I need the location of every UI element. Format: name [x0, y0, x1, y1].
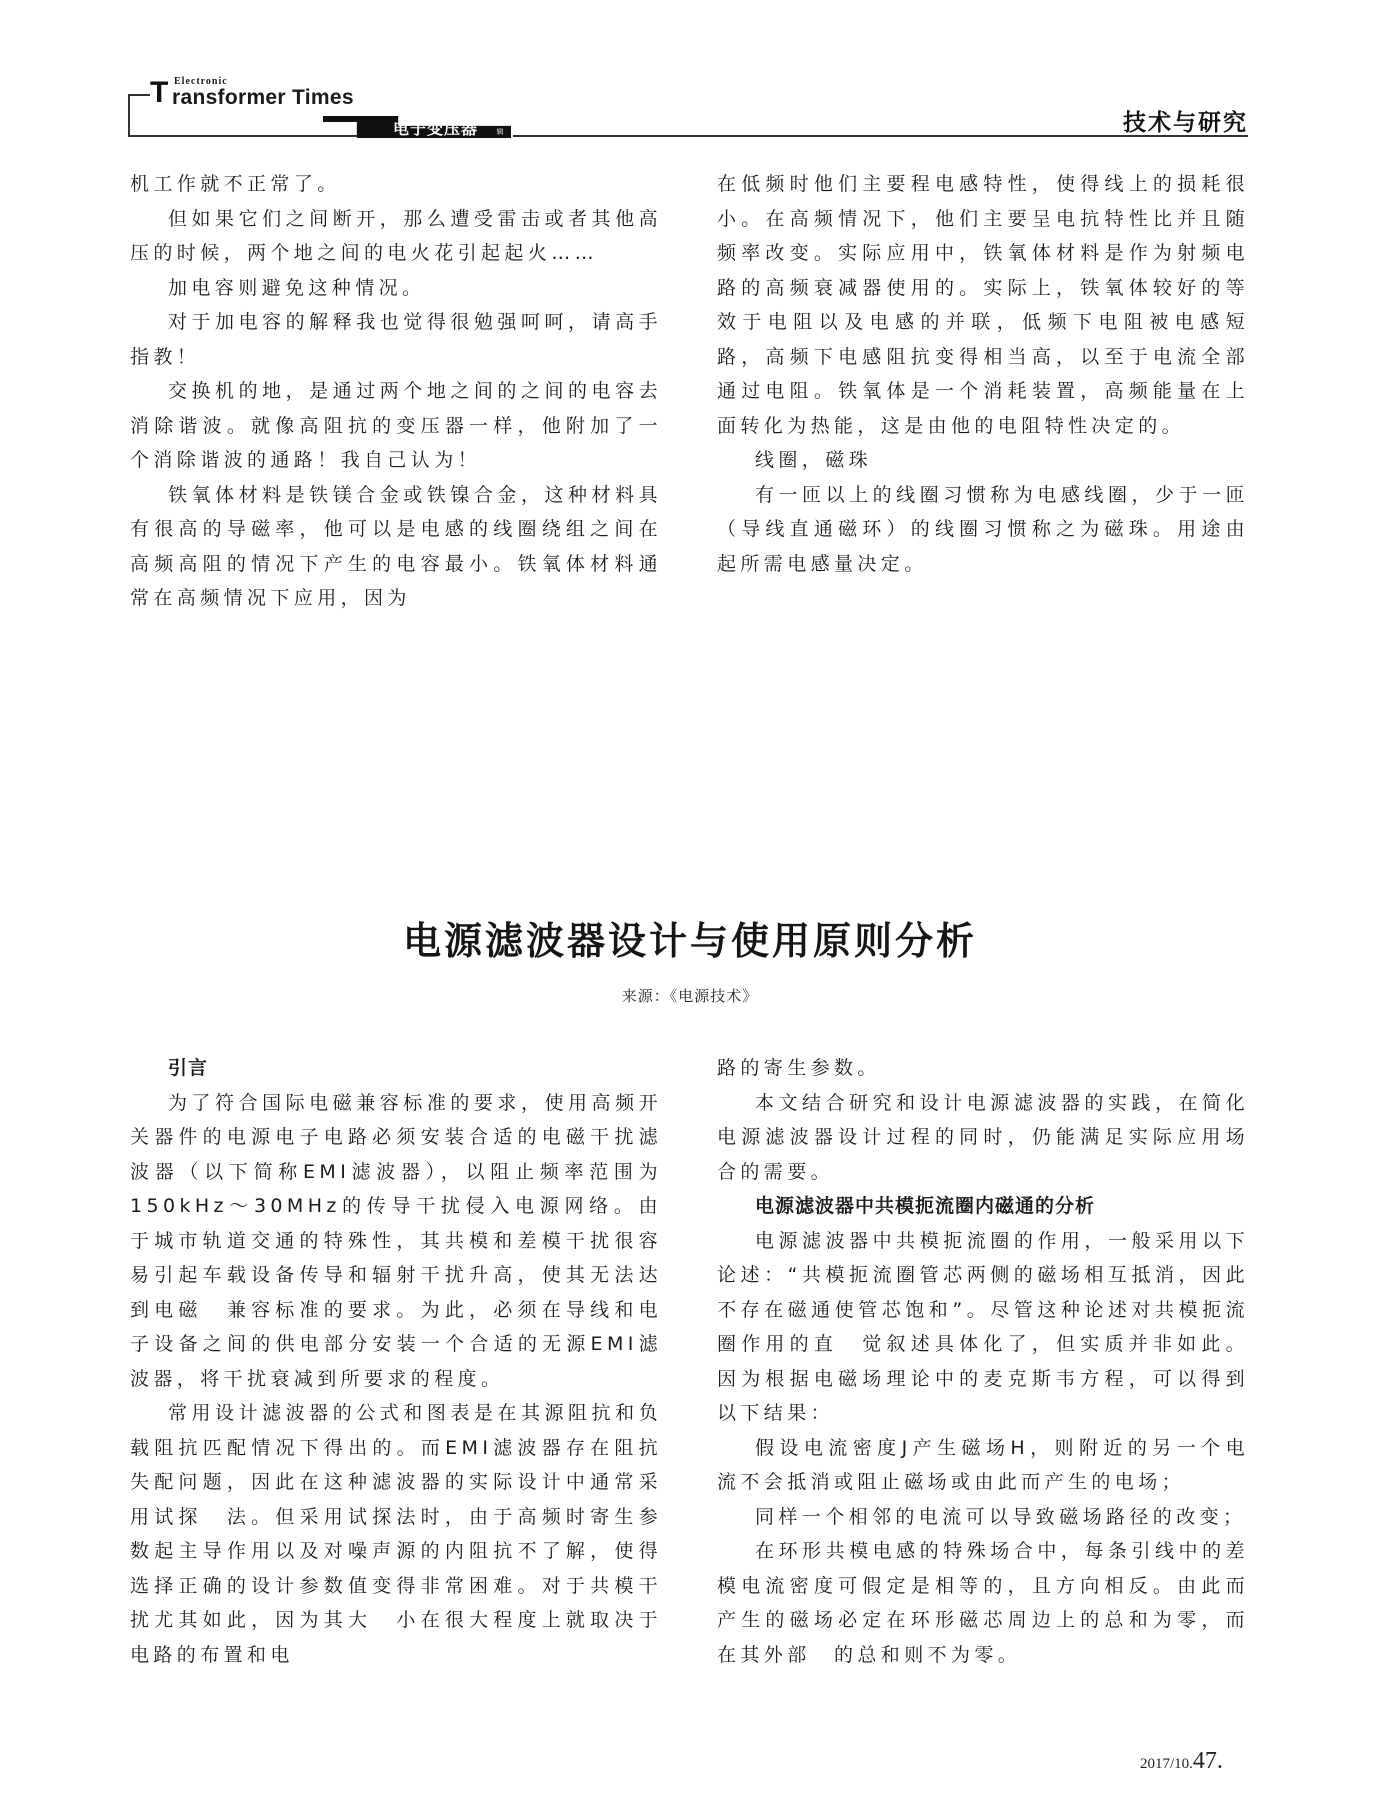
magazine-badge: 专辑: [496, 119, 504, 137]
paragraph: 对于加电容的解释我也觉得很勉强呵呵，请高手指教！: [130, 305, 662, 374]
subheading: 线圈，磁珠: [717, 443, 1249, 478]
article-title: 电源滤波器设计与使用原则分析: [0, 910, 1380, 965]
page-footer: 2017/10.47.: [1140, 1748, 1223, 1775]
paragraph: 交换机的地，是通过两个地之间的之间的电容去消除谐波。就像高阻抗的变压器一样，他附…: [130, 374, 662, 478]
page-number: 47.: [1193, 1748, 1223, 1774]
article-right-column: 路的寄生参数。 本文结合研究和设计电源滤波器的实践，在简化电源滤波器设计过程的同…: [717, 1051, 1249, 1672]
paragraph: 路的寄生参数。: [717, 1051, 1249, 1086]
article-source: 来源：《电源技术》: [0, 985, 1380, 1006]
paragraph: 假设电流密度J产生磁场H，则附近的另一个电流不会抵消或阻止磁场或由此而产生的电场…: [717, 1431, 1249, 1500]
header-rule-bottom-left: [128, 135, 364, 137]
logo-transformer-times: ransformer Times: [172, 86, 354, 110]
paragraph: 但如果它们之间断开，那么遭受雷击或者其他高压的时候，两个地之间的电火花引起起火……: [130, 202, 662, 271]
header-rule-top: [128, 94, 150, 96]
logo-letter-t: T: [150, 78, 168, 108]
section-title: 技术与研究: [1123, 104, 1248, 137]
article-left-column: 引言 为了符合国际电磁兼容标准的要求，使用高频开关器件的电源电子电路必须安装合适…: [130, 1051, 662, 1672]
prev-article-right-column: 在低频时他们主要程电感特性，使得线上的损耗很小。在高频情况下，他们主要呈电抗特性…: [717, 167, 1249, 581]
section-heading-introduction: 引言: [130, 1051, 662, 1086]
prev-article-left-column: 机工作就不正常了。 但如果它们之间断开，那么遭受雷击或者其他高压的时候，两个地之…: [130, 167, 662, 616]
paragraph: 同样一个相邻的电流可以导致磁场路径的改变；: [717, 1500, 1249, 1535]
magazine-name-cn: 电子变压器: [393, 120, 478, 138]
paragraph: 在低频时他们主要程电感特性，使得线上的损耗很小。在高频情况下，他们主要呈电抗特性…: [717, 167, 1249, 443]
paragraph: 在环形共模电感的特殊场合中，每条引线中的差模电流密度可假定是相等的，且方向相反。…: [717, 1534, 1249, 1672]
paragraph: 加电容则避免这种情况。: [130, 271, 662, 306]
paragraph: 本文结合研究和设计电源滤波器的实践，在简化电源滤波器设计过程的同时，仍能满足实际…: [717, 1086, 1249, 1190]
paragraph: 电源滤波器中共模扼流圈的作用，一般采用以下论述：“共模扼流圈管芯两侧的磁场相互抵…: [717, 1224, 1249, 1431]
section-heading-flux-analysis: 电源滤波器中共模扼流圈内磁通的分析: [717, 1189, 1249, 1224]
header-rule-vertical: [128, 94, 130, 137]
paragraph: 铁氧体材料是铁镁合金或铁镍合金，这种材料具有很高的导磁率，他可以是电感的线圈绕组…: [130, 478, 662, 616]
issue-date: 2017/10.: [1140, 1756, 1193, 1772]
paragraph: 为了符合国际电磁兼容标准的要求，使用高频开关器件的电源电子电路必须安装合适的电磁…: [130, 1086, 662, 1397]
paragraph: 常用设计滤波器的公式和图表是在其源阻抗和负载阻抗匹配情况下得出的。而EMI滤波器…: [130, 1396, 662, 1672]
paragraph: 有一匝以上的线圈习惯称为电感线圈，少于一匝（导线直通磁环）的线圈习惯称之为磁珠。…: [717, 478, 1249, 582]
paragraph: 机工作就不正常了。: [130, 167, 662, 202]
